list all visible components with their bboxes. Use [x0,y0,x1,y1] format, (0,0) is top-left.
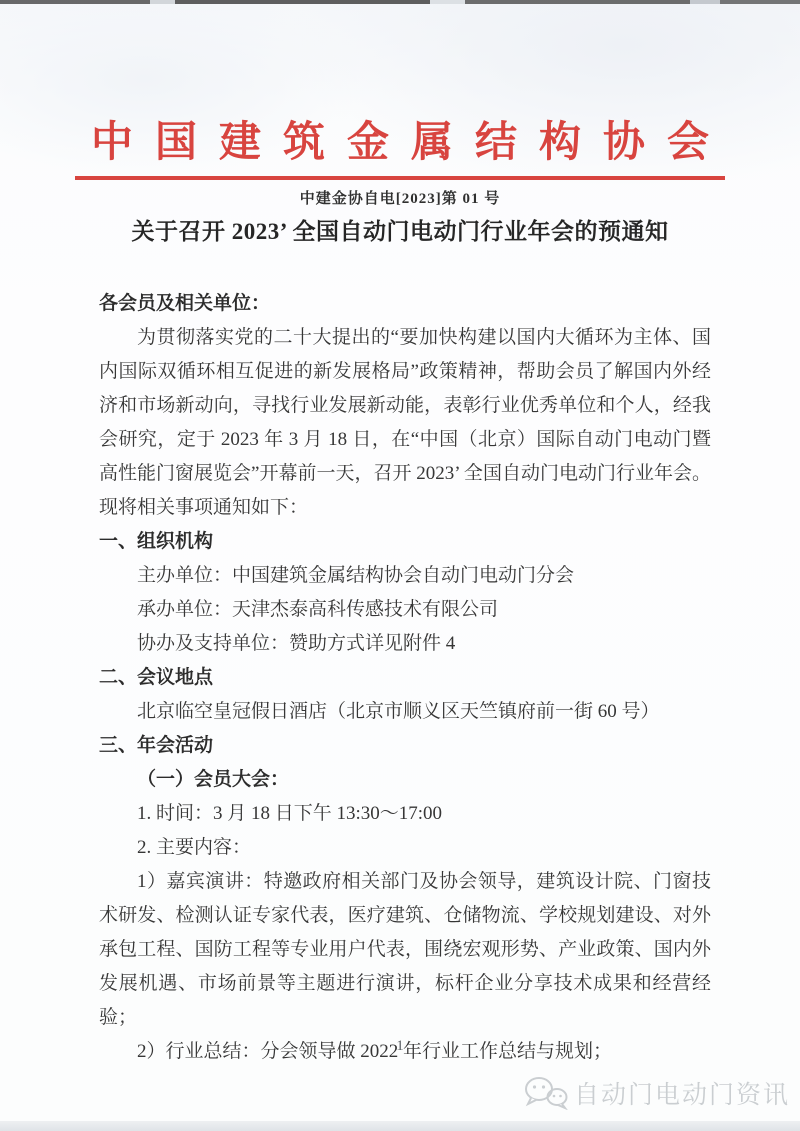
meeting-time-line: 1. 时间：3 月 18 日下午 13:30～17:00 [99,797,711,831]
watermark: 自动门电动门资讯 [524,1075,790,1111]
section-heading-1: 一、组织机构 [99,525,711,559]
document-number: 中建金协自电[2023]第 01 号 [0,189,800,209]
guest-speech-paragraph: 1）嘉宾演讲：特邀政府相关部门及协会领导，建筑设计院、门窗技术研发、检测认证专家… [99,865,711,1035]
main-content-label: 2. 主要内容： [99,831,711,865]
undertaker-line: 承办单位：天津杰泰高科传感技术有限公司 [99,593,711,627]
venue-line: 北京临空皇冠假日酒店（北京市顺义区天竺镇府前一街 60 号） [99,695,711,729]
section-heading-3: 三、年会活动 [99,729,711,763]
wechat-icon [524,1076,568,1110]
subsection-heading: （一）会员大会： [99,763,711,797]
section-heading-2: 二、会议地点 [99,661,711,695]
document-body: 各会员及相关单位： 为贯彻落实党的二十大提出的“要加快构建以国内大循环为主体、国… [99,287,711,1069]
page-number: 1 [0,1038,800,1055]
watermark-text: 自动门电动门资讯 [574,1075,790,1111]
red-divider-line [75,176,725,180]
co-organizer-line: 协办及支持单位：赞助方式详见附件 4 [99,627,711,661]
scan-bottom-edge-band [0,1121,800,1131]
scan-top-edge-artifact [0,0,800,4]
intro-paragraph: 为贯彻落实党的二十大提出的“要加快构建以国内大循环为主体、国内国际双循环相互促进… [99,321,711,525]
document-title: 关于召开 2023’ 全国自动门电动门行业年会的预通知 [0,217,800,247]
document-page: 中国建筑金属结构协会 中建金协自电[2023]第 01 号 关于召开 2023’… [0,0,800,1069]
org-name-header: 中国建筑金属结构协会 [0,116,800,170]
salutation: 各会员及相关单位： [99,287,711,321]
organizer-line: 主办单位：中国建筑金属结构协会自动门电动门分会 [99,559,711,593]
